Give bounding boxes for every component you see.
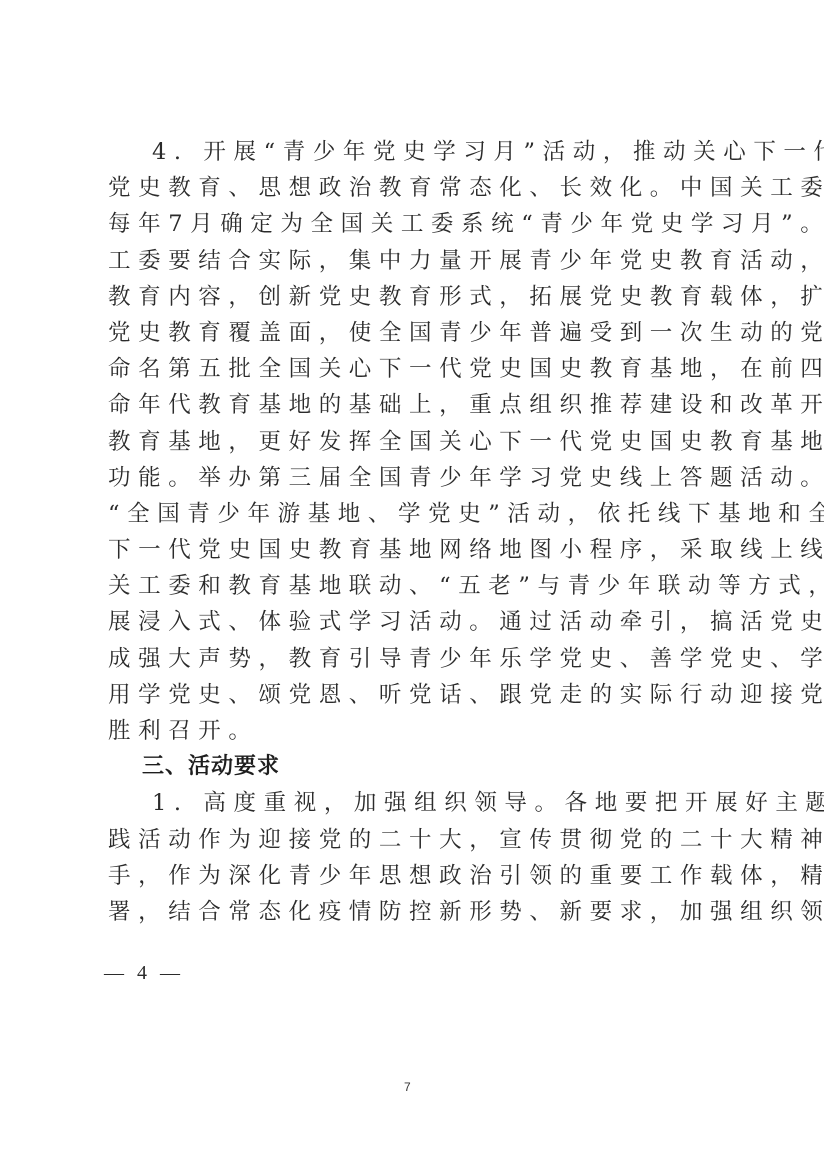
requirement-1-line-1: 1. 高度重视，加强组织领导。各地要把开展好主题教育实 — [108, 785, 724, 821]
paragraph-4-line-4: 工委要结合实际，集中力量开展青少年党史教育活动，丰富党史 — [108, 243, 724, 279]
paragraph-4-line-13: 关工委和教育基地联动、“五老”与青少年联动等方式，广泛开 — [108, 568, 724, 604]
paragraph-4-line-2: 党史教育、思想政治教育常态化、长效化。中国关工委决定，把 — [108, 170, 724, 206]
requirement-1-line-2: 践活动作为迎接党的二十大，宣传贯彻党的二十大精神的重要抓 — [108, 822, 724, 858]
paragraph-4-line-6: 党史教育覆盖面，使全国青少年普遍受到一次生动的党史教育。 — [108, 315, 724, 351]
paragraph-4-line-17: 胜利召开。 — [108, 713, 724, 749]
paragraph-4-line-14: 展浸入式、体验式学习活动。通过活动牵引，搞活党史教育，形 — [108, 604, 724, 640]
pdf-page-number: 7 — [404, 1080, 411, 1094]
section-heading: 三、活动要求 — [108, 749, 724, 785]
paragraph-4-line-3: 每年7月确定为全国关工委系统“青少年党史学习月”。各地关 — [108, 206, 724, 242]
paragraph-4-line-10: 功能。举办第三届全国青少年学习党史线上答题活动。举办首届 — [108, 460, 724, 496]
paragraph-4-line-12: 下一代党史国史教育基地网络地图小程序，采取线上线下联动、 — [108, 532, 724, 568]
paragraph-4-line-5: 教育内容，创新党史教育形式，拓展党史教育载体，扩大青少年 — [108, 279, 724, 315]
requirement-1-line-4: 署，结合常态化疫情防控新形势、新要求，加强组织领导和统筹 — [108, 894, 724, 930]
requirement-1-line-3: 手，作为深化青少年思想政治引领的重要工作载体，精心谋划部 — [108, 858, 724, 894]
paragraph-4-line-15: 成强大声势，教育引导青少年乐学党史、善学党史、学懂党史， — [108, 641, 724, 677]
paragraph-4-line-7: 命名第五批全国关心下一代党史国史教育基地，在前四批侧重革 — [108, 351, 724, 387]
paragraph-4-line-1: 4. 开展“青少年党史学习月”活动，推动关心下一代青少年 — [108, 134, 724, 170]
paragraph-4-line-11: “全国青少年游基地、学党史”活动，依托线下基地和全国关心 — [108, 496, 724, 532]
paragraph-4-line-16: 用学党史、颂党恩、听党话、跟党走的实际行动迎接党的二十大 — [108, 677, 724, 713]
document-page-number: — 4 — — [104, 962, 184, 985]
paragraph-4-line-8: 命年代教育基地的基础上，重点组织推荐建设和改革开放时期的 — [108, 387, 724, 423]
document-body: 4. 开展“青少年党史学习月”活动，推动关心下一代青少年 党史教育、思想政治教育… — [108, 134, 724, 930]
paragraph-4-line-9: 教育基地，更好发挥全国关心下一代党史国史教育基地综合育人 — [108, 424, 724, 460]
